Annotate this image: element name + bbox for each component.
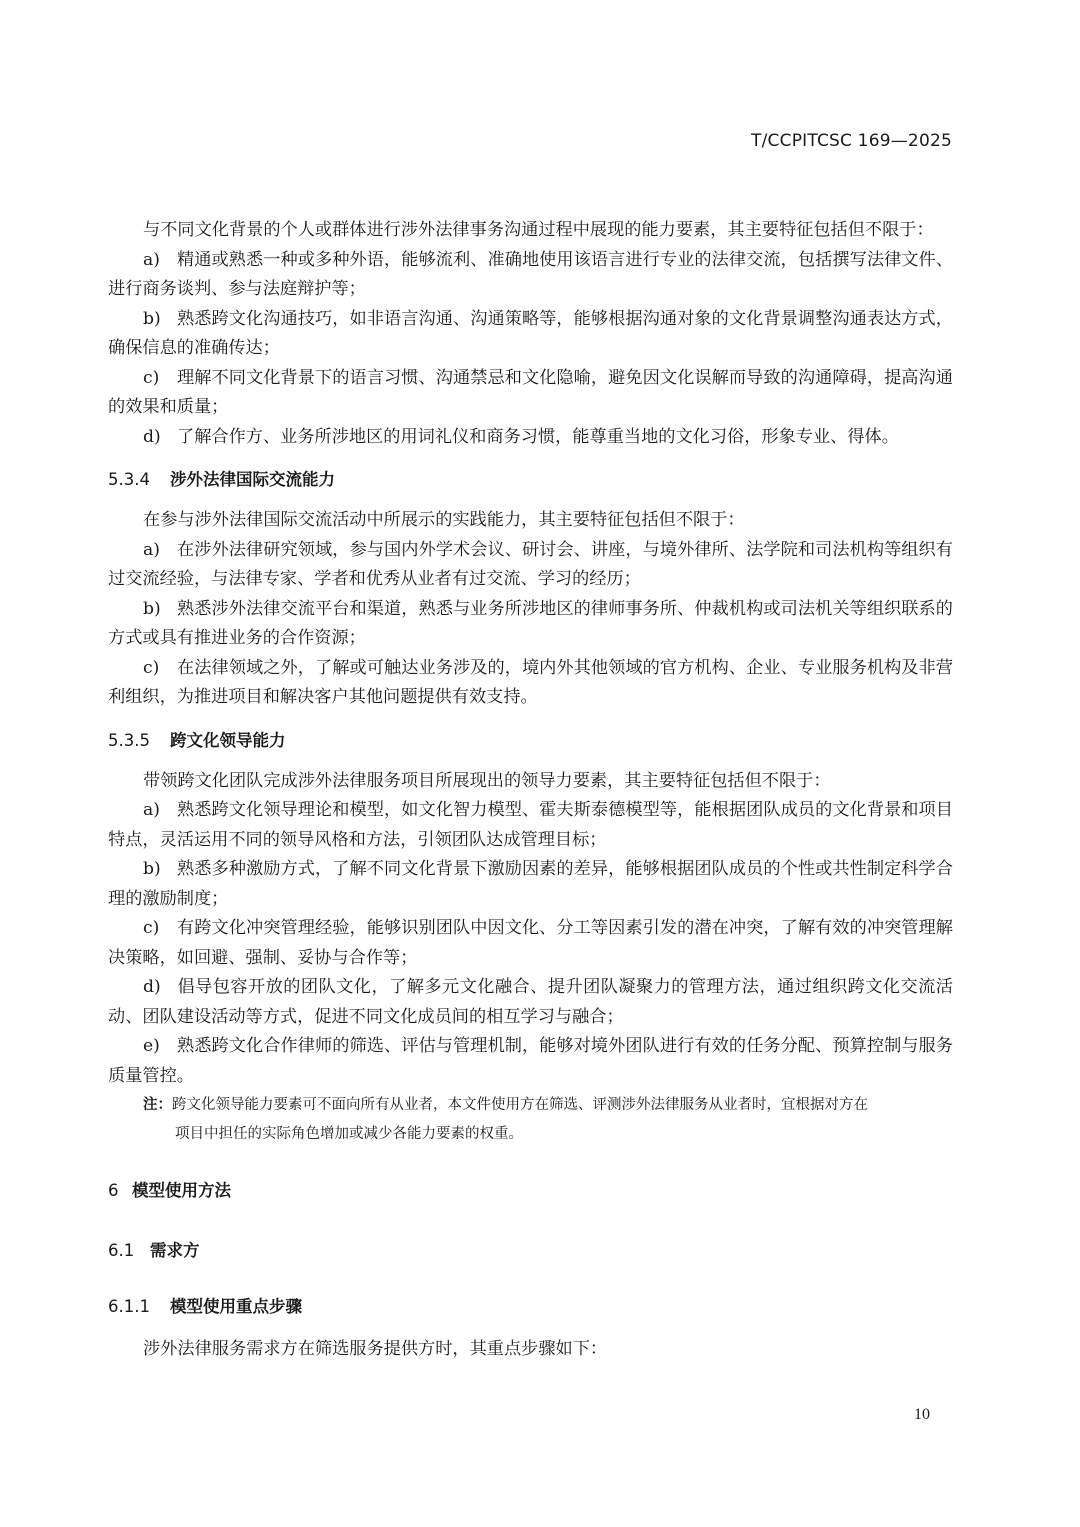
- standard-code: T/CCPITCSC 169—2025: [751, 131, 952, 151]
- section-lead: 带领跨文化团队完成涉外法律服务项目所展现出的领导力要素，其主要特征包括但不限于：: [108, 767, 953, 797]
- note-text-line2: 项目中担任的实际角色增加或减少各能力要素的权重。: [143, 1120, 953, 1149]
- list-item: d)倡导包容开放的团队文化，了解多元文化融合、提升团队凝聚力的管理方法，通过组织…: [108, 973, 953, 1032]
- list-item: d)了解合作方、业务所涉地区的用词礼仪和商务习惯，能尊重当地的文化习俗，形象专业…: [108, 423, 953, 453]
- section-heading-5-3-4: 5.3.4涉外法律国际交流能力: [108, 468, 953, 492]
- list-item-text: 理解不同文化背景下的语言习惯、沟通禁忌和文化隐喻，避免因文化误解而导致的沟通障碍…: [108, 368, 953, 418]
- list-item: c)有跨文化冲突管理经验，能够识别团队中因文化、分工等因素引发的潜在冲突，了解有…: [108, 914, 953, 973]
- section-number: 5.3.4: [108, 468, 170, 492]
- note: 注：跨文化领导能力要素可不面向所有从业者，本文件使用方在筛选、评测涉外法律服务从…: [108, 1091, 953, 1149]
- list-marker: a): [143, 246, 177, 276]
- section-number: 6: [108, 1179, 132, 1203]
- section-title: 跨文化领导能力: [170, 731, 286, 750]
- list-marker: d): [143, 423, 177, 453]
- list-item-text: 熟悉跨文化沟通技巧，如非语言沟通、沟通策略等，能够根据沟通对象的文化背景调整沟通…: [108, 309, 953, 359]
- section-heading-5-3-5: 5.3.5跨文化领导能力: [108, 729, 953, 753]
- list-marker: a): [143, 536, 177, 566]
- section-title: 模型使用方法: [132, 1181, 231, 1200]
- list-item: e)熟悉跨文化合作律师的筛选、评估与管理机制，能够对境外团队进行有效的任务分配、…: [108, 1032, 953, 1091]
- section-number: 5.3.5: [108, 729, 170, 753]
- section-number: 6.1.1: [108, 1295, 170, 1319]
- list-marker: b): [143, 595, 177, 625]
- list-item-text: 了解合作方、业务所涉地区的用词礼仪和商务习惯，能尊重当地的文化习俗，形象专业、得…: [177, 427, 899, 447]
- intro-paragraph: 与不同文化背景的个人或群体进行涉外法律事务沟通过程中展现的能力要素，其主要特征包…: [108, 216, 953, 246]
- list-item: a)在涉外法律研究领域，参与国内外学术会议、研讨会、讲座，与境外律所、法学院和司…: [108, 536, 953, 595]
- list-item-text: 熟悉多种激励方式，了解不同文化背景下激励因素的差异，能够根据团队成员的个性或共性…: [108, 859, 953, 909]
- section-heading-6-1: 6.1需求方: [108, 1239, 953, 1263]
- list-marker: c): [143, 364, 177, 394]
- list-marker: d): [143, 973, 177, 1003]
- section-lead: 涉外法律服务需求方在筛选服务提供方时，其重点步骤如下：: [108, 1335, 953, 1365]
- list-marker: c): [143, 654, 177, 684]
- list-item-text: 熟悉涉外法律交流平台和渠道，熟悉与业务所涉地区的律师事务所、仲裁机构或司法机关等…: [108, 599, 953, 649]
- list-item-text: 在涉外法律研究领域，参与国内外学术会议、研讨会、讲座，与境外律所、法学院和司法机…: [108, 540, 953, 590]
- section-lead: 在参与涉外法律国际交流活动中所展示的实践能力，其主要特征包括但不限于：: [108, 506, 953, 536]
- section-heading-6: 6模型使用方法: [108, 1179, 953, 1203]
- note-label: 注：: [143, 1097, 172, 1113]
- list-item: c)在法律领域之外，了解或可触达业务涉及的，境内外其他领域的官方机构、企业、专业…: [108, 654, 953, 713]
- list-item-text: 在法律领域之外，了解或可触达业务涉及的，境内外其他领域的官方机构、企业、专业服务…: [108, 658, 953, 708]
- section-title: 需求方: [150, 1241, 200, 1260]
- list-item-text: 精通或熟悉一种或多种外语，能够流利、准确地使用该语言进行专业的法律交流，包括撰写…: [108, 250, 953, 300]
- list-item: b)熟悉跨文化沟通技巧，如非语言沟通、沟通策略等，能够根据沟通对象的文化背景调整…: [108, 305, 953, 364]
- page-number: 10: [914, 1406, 930, 1424]
- section-heading-6-1-1: 6.1.1模型使用重点步骤: [108, 1295, 953, 1319]
- section-number: 6.1: [108, 1239, 150, 1263]
- list-item-text: 熟悉跨文化合作律师的筛选、评估与管理机制，能够对境外团队进行有效的任务分配、预算…: [108, 1036, 953, 1086]
- list-item: b)熟悉多种激励方式，了解不同文化背景下激励因素的差异，能够根据团队成员的个性或…: [108, 855, 953, 914]
- list-item-text: 倡导包容开放的团队文化，了解多元文化融合、提升团队凝聚力的管理方法，通过组织跨文…: [108, 977, 953, 1027]
- list-item-text: 有跨文化冲突管理经验，能够识别团队中因文化、分工等因素引发的潜在冲突，了解有效的…: [108, 918, 953, 968]
- section-title: 涉外法律国际交流能力: [170, 470, 335, 489]
- list-marker: b): [143, 855, 177, 885]
- list-item: b)熟悉涉外法律交流平台和渠道，熟悉与业务所涉地区的律师事务所、仲裁机构或司法机…: [108, 595, 953, 654]
- list-marker: c): [143, 914, 177, 944]
- list-marker: a): [143, 796, 177, 826]
- list-item: a)熟悉跨文化领导理论和模型，如文化智力模型、霍夫斯泰德模型等，能根据团队成员的…: [108, 796, 953, 855]
- list-marker: b): [143, 305, 177, 335]
- list-marker: e): [143, 1032, 177, 1062]
- section-title: 模型使用重点步骤: [170, 1297, 302, 1316]
- list-item: c)理解不同文化背景下的语言习惯、沟通禁忌和文化隐喻，避免因文化误解而导致的沟通…: [108, 364, 953, 423]
- list-item: a)精通或熟悉一种或多种外语，能够流利、准确地使用该语言进行专业的法律交流，包括…: [108, 246, 953, 305]
- document-body: 与不同文化背景的个人或群体进行涉外法律事务沟通过程中展现的能力要素，其主要特征包…: [108, 216, 953, 1365]
- list-item-text: 熟悉跨文化领导理论和模型，如文化智力模型、霍夫斯泰德模型等，能根据团队成员的文化…: [108, 800, 953, 850]
- note-text-line1: 跨文化领导能力要素可不面向所有从业者，本文件使用方在筛选、评测涉外法律服务从业者…: [172, 1097, 868, 1113]
